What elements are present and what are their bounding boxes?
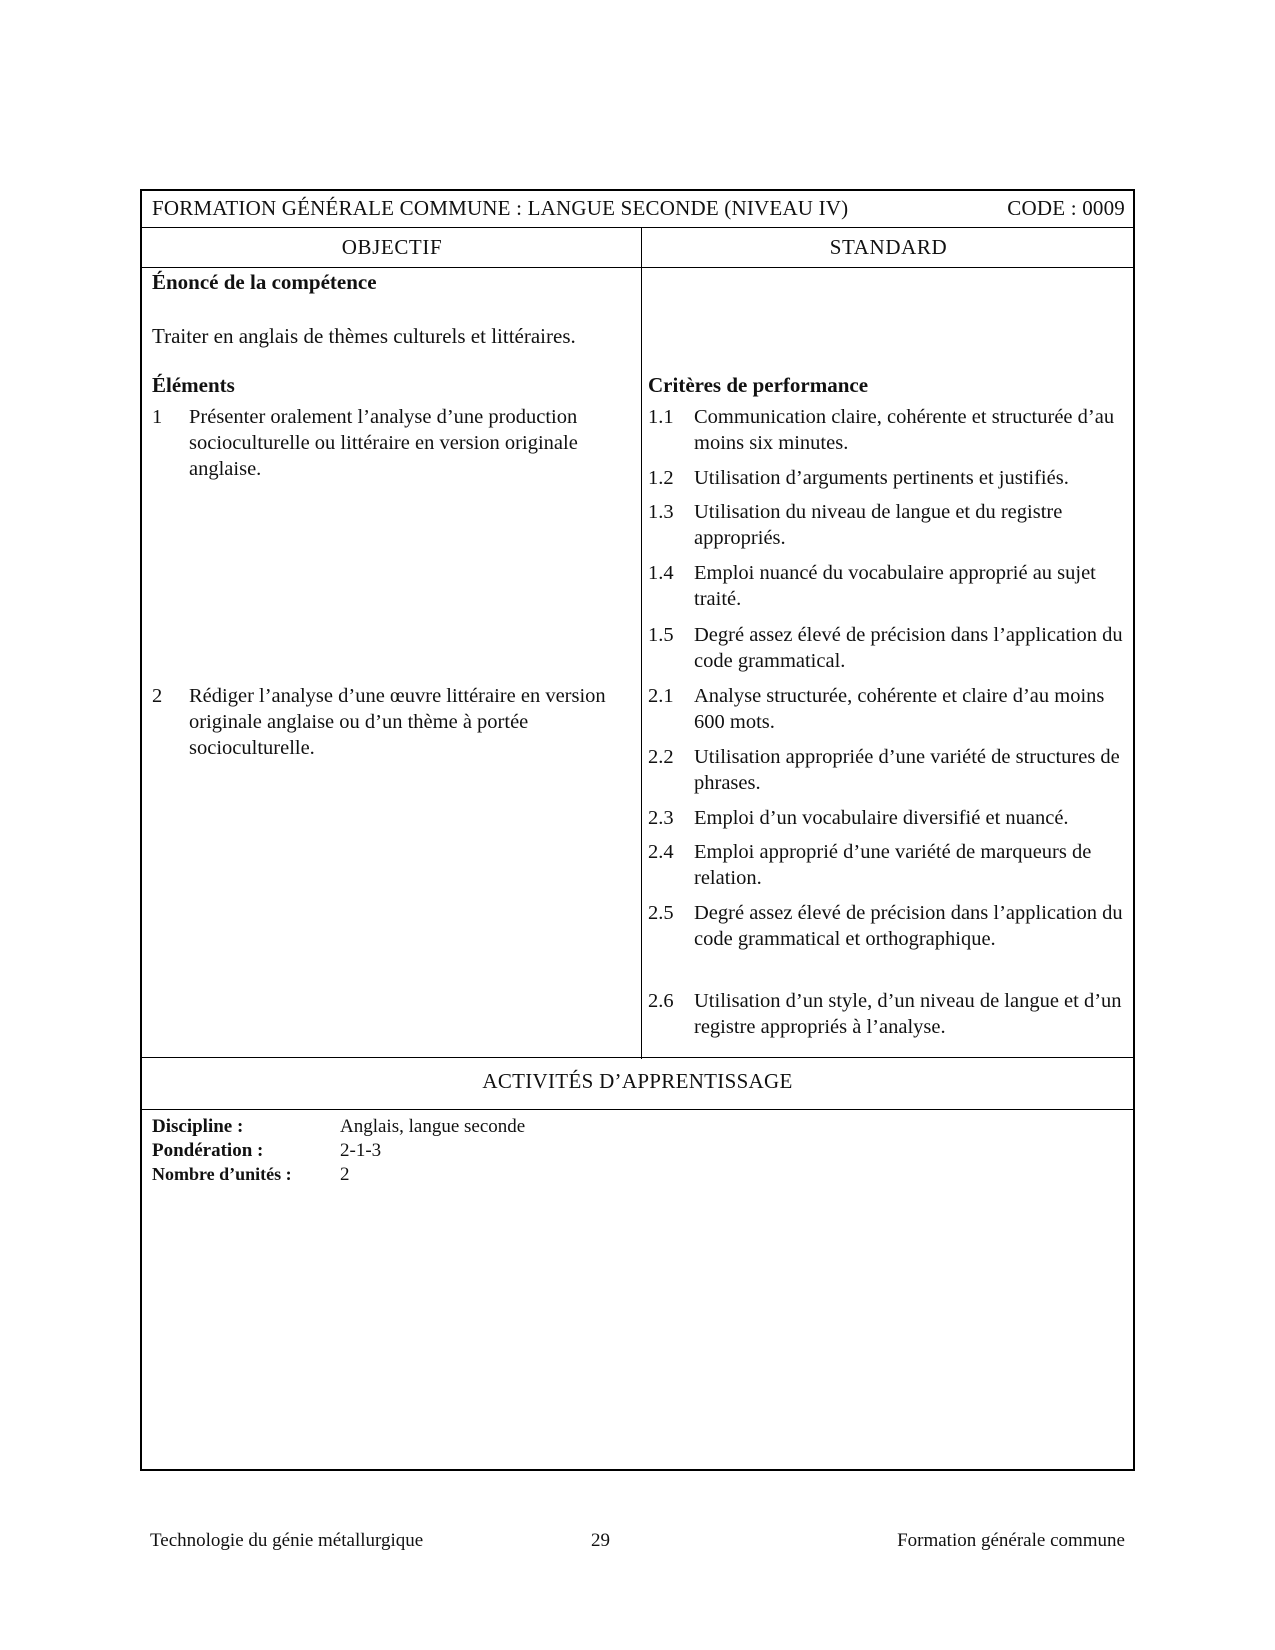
criterion-number: 1.3	[648, 499, 674, 525]
activities-heading: ACTIVITÉS D’APPRENTISSAGE	[142, 1069, 1133, 1094]
footer-program: Technologie du génie métallurgique	[150, 1530, 423, 1552]
criterion-text: Emploi d’un vocabulaire diversifié et nu…	[694, 805, 1134, 831]
divider	[142, 267, 1133, 268]
criterion-text: Utilisation appropriée d’une variété de …	[694, 744, 1134, 796]
course-code: CODE : 0009	[1007, 196, 1125, 221]
criterion-text: Utilisation d’arguments pertinents et ju…	[694, 465, 1134, 491]
criteria-heading: Critères de performance	[648, 373, 868, 398]
page-number: 29	[591, 1530, 610, 1552]
criterion-text: Degré assez élevé de précision dans l’ap…	[694, 900, 1134, 952]
criterion-number: 1.1	[648, 404, 674, 430]
element-number: 2	[152, 683, 162, 709]
criterion-text: Communication claire, cohérente et struc…	[694, 404, 1134, 456]
column-divider	[641, 227, 642, 1059]
competence-heading: Énoncé de la compétence	[152, 270, 377, 295]
competency-table: FORMATION GÉNÉRALE COMMUNE : LANGUE SECO…	[140, 189, 1135, 1471]
competence-statement: Traiter en anglais de thèmes culturels e…	[152, 323, 576, 349]
criterion-number: 2.2	[648, 744, 674, 770]
elements-heading: Éléments	[152, 373, 235, 398]
document-title: FORMATION GÉNÉRALE COMMUNE : LANGUE SECO…	[152, 196, 848, 221]
criterion-text: Emploi approprié d’une variété de marque…	[694, 839, 1134, 891]
criterion-text: Emploi nuancé du vocabulaire approprié a…	[694, 560, 1134, 612]
criterion-number: 2.6	[648, 988, 674, 1014]
units-label: Nombre d’unités :	[152, 1164, 292, 1185]
criterion-number: 2.1	[648, 683, 674, 709]
ponderation-label: Pondération :	[152, 1140, 263, 1162]
criterion-number: 1.5	[648, 622, 674, 648]
ponderation-value: 2-1-3	[340, 1140, 381, 1162]
discipline-label: Discipline :	[152, 1116, 243, 1138]
criterion-text: Utilisation d’un style, d’un niveau de l…	[694, 988, 1134, 1040]
criterion-number: 1.4	[648, 560, 674, 586]
element-number: 1	[152, 404, 162, 430]
column-header-objectif: OBJECTIF	[142, 235, 642, 260]
divider	[142, 227, 1133, 228]
element-text: Rédiger l’analyse d’une œuvre littéraire…	[189, 683, 639, 761]
criterion-text: Utilisation du niveau de langue et du re…	[694, 499, 1134, 551]
criterion-number: 1.2	[648, 465, 674, 491]
criterion-number: 2.3	[648, 805, 674, 831]
divider	[142, 1109, 1133, 1110]
criterion-number: 2.5	[648, 900, 674, 926]
criterion-text: Analyse structurée, cohérente et claire …	[694, 683, 1134, 735]
criterion-number: 2.4	[648, 839, 674, 865]
discipline-value: Anglais, langue seconde	[340, 1116, 525, 1138]
footer-section: Formation générale commune	[897, 1530, 1125, 1552]
element-text: Présenter oralement l’analyse d’une prod…	[189, 404, 639, 482]
divider	[142, 1057, 1133, 1058]
units-value: 2	[340, 1164, 350, 1186]
criterion-text: Degré assez élevé de précision dans l’ap…	[694, 622, 1134, 674]
column-header-standard: STANDARD	[642, 235, 1135, 260]
